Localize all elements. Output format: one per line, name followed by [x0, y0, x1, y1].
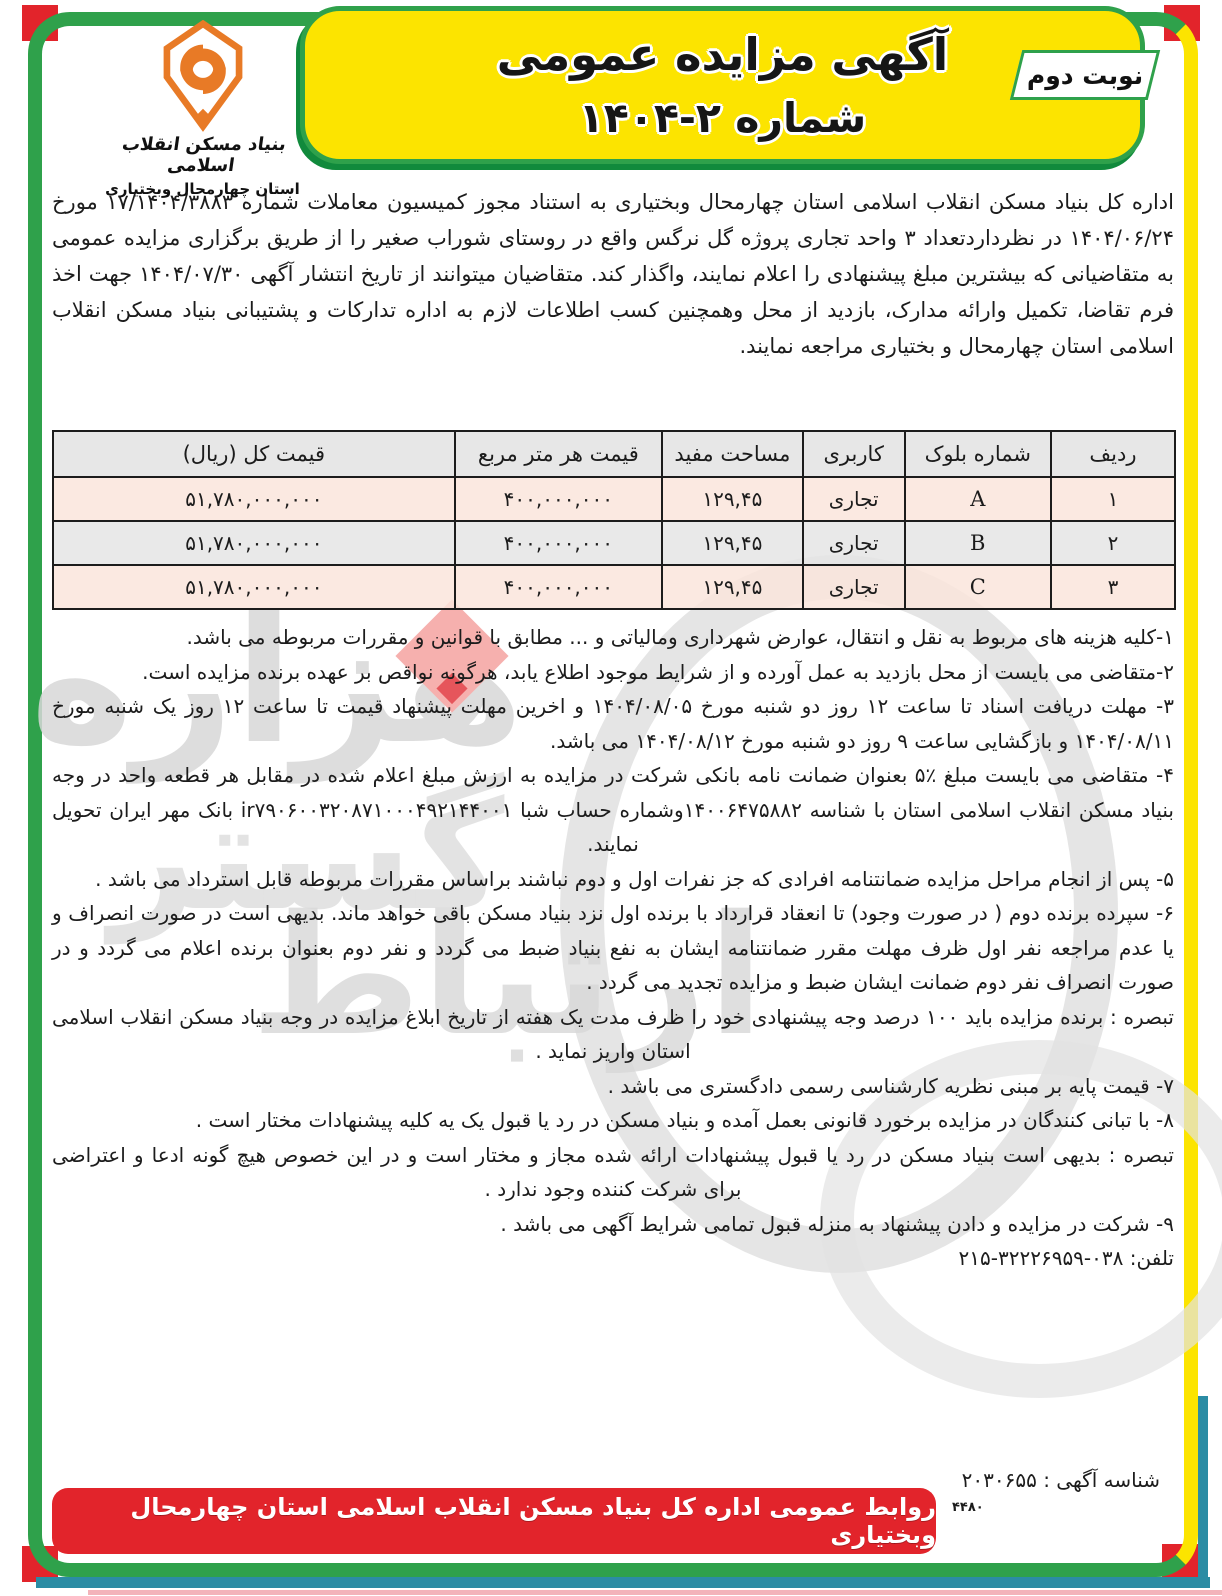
- table-row: ۱Aتجاری۱۲۹,۴۵۴۰۰,۰۰۰,۰۰۰۵۱,۷۸۰,۰۰۰,۰۰۰: [53, 477, 1175, 521]
- column-header: ردیف: [1051, 431, 1175, 477]
- table-cell: تجاری: [803, 521, 905, 565]
- org-logo-block: بنیاد مسکن انقلاب اسلامی استان چهارمحال …: [100, 20, 305, 198]
- table-cell: A: [905, 477, 1051, 521]
- corner-accent-bottom-right: [1162, 1544, 1198, 1580]
- term-item: ۶- سپرده برنده دوم ( در صورت وجود) تا ان…: [52, 896, 1174, 1000]
- ad-title: آگهی مزایده عمومی: [497, 22, 948, 88]
- bottom-pink-line: [88, 1590, 1222, 1595]
- term-item: تبصره : بدیهی است بنیاد مسکن در رد یا قب…: [52, 1138, 1174, 1207]
- table-cell: ۳: [1051, 565, 1175, 609]
- table-cell: ۲: [1051, 521, 1175, 565]
- term-item: ۵- پس از انجام مراحل مزایده ضمانتنامه اف…: [52, 862, 1174, 897]
- footer-banner: روابط عمومی اداره کل بنیاد مسکن انقلاب ا…: [52, 1488, 936, 1554]
- table-header-row: ردیفشماره بلوککاربریمساحت مفیدقیمت هر مت…: [53, 431, 1175, 477]
- serial-number: ۴۴۸۰: [952, 1500, 984, 1515]
- term-item: ۴- متقاضی می بایست مبلغ ٪۵ بعنوان ضمانت …: [52, 758, 1174, 862]
- round-badge: نوبت دوم: [1010, 50, 1160, 100]
- right-teal-stripe: [1198, 1396, 1208, 1588]
- term-item: ۳- مهلت دریافت اسناد تا ساعت ۱۲ روز دو ش…: [52, 689, 1174, 758]
- table-row: ۲Bتجاری۱۲۹,۴۵۴۰۰,۰۰۰,۰۰۰۵۱,۷۸۰,۰۰۰,۰۰۰: [53, 521, 1175, 565]
- term-item: ۱-کلیه هزینه های مربوط به نقل و انتقال، …: [52, 620, 1174, 655]
- terms-list: ۱-کلیه هزینه های مربوط به نقل و انتقال، …: [52, 620, 1174, 1276]
- table-cell: ۵۱,۷۸۰,۰۰۰,۰۰۰: [53, 565, 455, 609]
- intro-paragraph: اداره کل بنیاد مسکن انقلاب اسلامی استان …: [52, 184, 1174, 364]
- table-cell: ۱: [1051, 477, 1175, 521]
- column-header: قیمت کل (ریال): [53, 431, 455, 477]
- table-row: ۳Cتجاری۱۲۹,۴۵۴۰۰,۰۰۰,۰۰۰۵۱,۷۸۰,۰۰۰,۰۰۰: [53, 565, 1175, 609]
- housing-foundation-emblem: [155, 20, 251, 132]
- term-item: ۲-متقاضی می بایست از محل بازدید به عمل آ…: [52, 655, 1174, 690]
- table-cell: ۵۱,۷۸۰,۰۰۰,۰۰۰: [53, 521, 455, 565]
- table-cell: ۵۱,۷۸۰,۰۰۰,۰۰۰: [53, 477, 455, 521]
- table-cell: ۴۰۰,۰۰۰,۰۰۰: [455, 565, 662, 609]
- table-cell: B: [905, 521, 1051, 565]
- table-cell: ۱۲۹,۴۵: [662, 565, 803, 609]
- bottom-teal-stripe: [36, 1577, 1210, 1588]
- term-item: ۷- قیمت پایه بر مبنی نظریه کارشناسی رسمی…: [52, 1069, 1174, 1104]
- table-cell: ۴۰۰,۰۰۰,۰۰۰: [455, 521, 662, 565]
- units-table: ردیفشماره بلوککاربریمساحت مفیدقیمت هر مت…: [52, 430, 1176, 610]
- org-name-calligraphy: بنیاد مسکن انقلاب اسلامی: [97, 134, 308, 176]
- column-header: شماره بلوک: [905, 431, 1051, 477]
- term-item: تلفن: ۰۳۸-۳۲۲۲۶۹۵۹-۲۱۵: [52, 1241, 1174, 1276]
- term-item: تبصره : برنده مزایده باید ۱۰۰ درصد وجه پ…: [52, 1000, 1174, 1069]
- table-cell: تجاری: [803, 565, 905, 609]
- column-header: مساحت مفید: [662, 431, 803, 477]
- table-cell: تجاری: [803, 477, 905, 521]
- table-cell: C: [905, 565, 1051, 609]
- term-item: ۸- با تبانی کنندگان در مزایده برخورد قان…: [52, 1103, 1174, 1138]
- column-header: کاربری: [803, 431, 905, 477]
- corner-accent-top-right: [1164, 5, 1200, 41]
- ad-number: شماره ۲‏-‏۱۴۰۴: [579, 88, 866, 148]
- term-item: ۹- شرکت در مزایده و دادن پیشنهاد به منزل…: [52, 1207, 1174, 1242]
- corner-accent-top-left: [22, 5, 58, 41]
- round-badge-label: نوبت دوم: [1027, 61, 1143, 90]
- table-cell: ۴۰۰,۰۰۰,۰۰۰: [455, 477, 662, 521]
- table-cell: ۱۲۹,۴۵: [662, 521, 803, 565]
- table-cell: ۱۲۹,۴۵: [662, 477, 803, 521]
- newspaper-ad-page: هزاره گستر ارتباط بنیاد مسکن انقلاب اسلا…: [0, 0, 1222, 1596]
- ad-id-line: شناسه آگهی : ۲۰۳۰۶۵۵: [962, 1468, 1160, 1492]
- column-header: قیمت هر متر مربع: [455, 431, 662, 477]
- footer-banner-label: روابط عمومی اداره کل بنیاد مسکن انقلاب ا…: [52, 1493, 936, 1549]
